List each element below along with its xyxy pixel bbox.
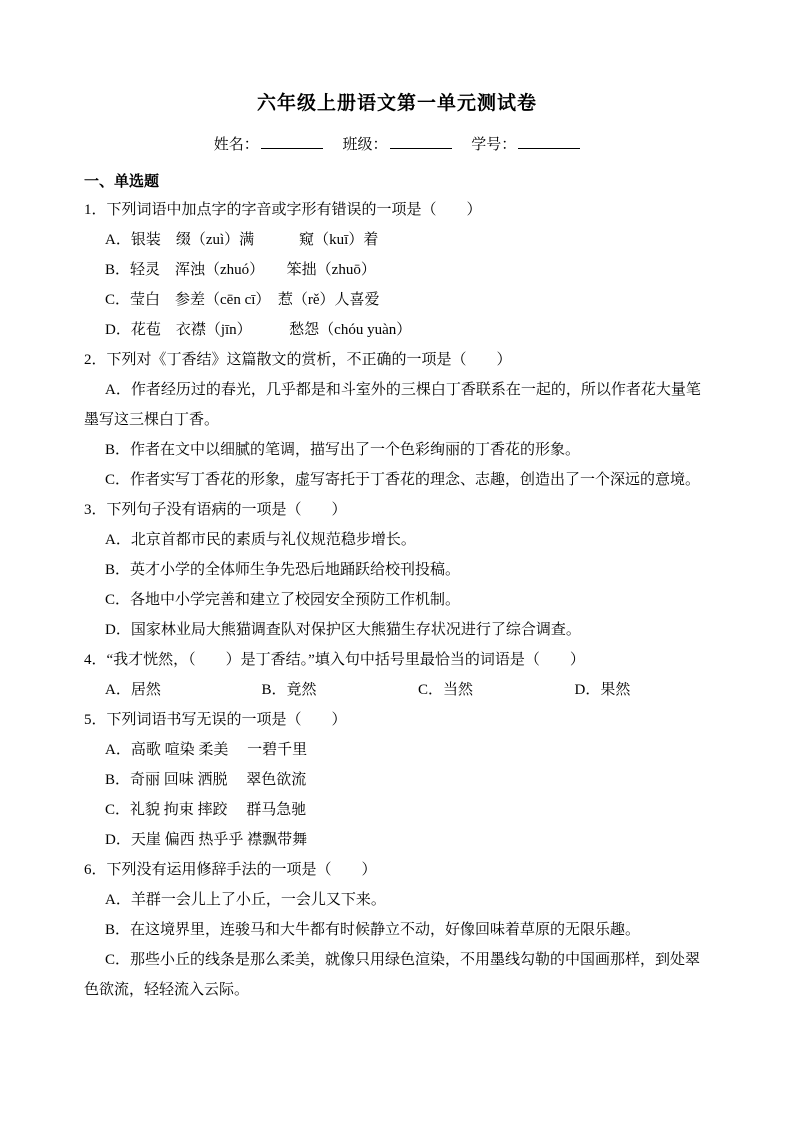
question-5-stem: 5．下列词语书写无误的一项是（ ） [84, 705, 710, 735]
question-1-stem: 1．下列词语中加点字的字音或字形有错误的一项是（ ） [84, 195, 710, 225]
question-1: 1．下列词语中加点字的字音或字形有错误的一项是（ ）A．银装 缀（zuì）满 窥… [84, 195, 710, 345]
question-6-option-c: C．那些小丘的线条是那么柔美，就像只用绿色渲染，不用墨线勾勒的中国画那样，到处翠… [84, 945, 710, 1005]
question-3-option-b: B．英才小学的全体师生争先恐后地踊跃给校刊投稿。 [84, 555, 710, 585]
question-2: 2．下列对《丁香结》这篇散文的赏析，不正确的一项是（ ）A．作者经历过的春光，几… [84, 345, 710, 495]
question-6-option-b: B．在这境界里，连骏马和大牛都有时候静立不动，好像回味着草原的无限乐趣。 [84, 915, 710, 945]
question-5-option-c: C．礼貌 拘束 摔跤 群马急驰 [84, 795, 710, 825]
name-field: 姓名： [214, 133, 323, 154]
question-1-option-c: C．莹白 参差（cēn cī） 惹（rě）人喜爱 [84, 285, 710, 315]
question-4-option-b: B．竟然 [241, 675, 398, 705]
question-6-option-a: A．羊群一会儿上了小丘，一会儿又下来。 [84, 885, 710, 915]
question-2-option-c: C．作者实写丁香花的形象，虚写寄托于丁香花的理念、志趣，创造出了一个深远的意境。 [84, 465, 710, 495]
class-blank-line [390, 133, 452, 149]
question-4-option-c: C．当然 [397, 675, 554, 705]
test-paper-page: 六年级上册语文第一单元测试卷 姓名： 班级： 学号： 一、单选题 1．下列词语中… [0, 0, 794, 1123]
question-3-option-d: D．国家林业局大熊猫调查队对保护区大熊猫生存状况进行了综合调查。 [84, 615, 710, 645]
student-info-line: 姓名： 班级： 学号： [84, 133, 710, 154]
question-6-stem: 6．下列没有运用修辞手法的一项是（ ） [84, 855, 710, 885]
question-3-options: A．北京首都市民的素质与礼仪规范稳步增长。B．英才小学的全体师生争先恐后地踊跃给… [84, 525, 710, 645]
question-3-stem: 3．下列句子没有语病的一项是（ ） [84, 495, 710, 525]
student-id-label: 学号： [471, 137, 516, 153]
question-5-options: A．高歌 喧染 柔美 一碧千里B．奇丽 回味 洒脱 翠色欲流C．礼貌 拘束 摔跤… [84, 735, 710, 855]
name-blank-line [261, 133, 323, 149]
questions-container: 1．下列词语中加点字的字音或字形有错误的一项是（ ）A．银装 缀（zuì）满 窥… [84, 195, 710, 1005]
question-4: 4．“我才恍然，（ ）是丁香结。”填入句中括号里最恰当的词语是（ ）A．居然B．… [84, 645, 710, 705]
question-2-option-b: B．作者在文中以细腻的笔调，描写出了一个色彩绚丽的丁香花的形象。 [84, 435, 710, 465]
question-4-option-d: D．果然 [554, 675, 711, 705]
question-2-option-a: A．作者经历过的春光，几乎都是和斗室外的三棵白丁香联系在一起的，所以作者花大量笔… [84, 375, 710, 435]
question-4-options: A．居然B．竟然C．当然D．果然 [84, 675, 710, 705]
class-label: 班级： [342, 137, 387, 153]
question-4-stem: 4．“我才恍然，（ ）是丁香结。”填入句中括号里最恰当的词语是（ ） [84, 645, 710, 675]
question-5-option-a: A．高歌 喧染 柔美 一碧千里 [84, 735, 710, 765]
question-2-options: A．作者经历过的春光，几乎都是和斗室外的三棵白丁香联系在一起的，所以作者花大量笔… [84, 375, 710, 495]
question-1-option-a: A．银装 缀（zuì）满 窥（kuī）着 [84, 225, 710, 255]
question-1-options: A．银装 缀（zuì）满 窥（kuī）着B．轻灵 浑浊（zhuó） 笨拙（zhu… [84, 225, 710, 345]
question-3-option-a: A．北京首都市民的素质与礼仪规范稳步增长。 [84, 525, 710, 555]
class-field: 班级： [342, 133, 451, 154]
question-4-option-a: A．居然 [84, 675, 241, 705]
student-id-field: 学号： [471, 133, 580, 154]
question-1-option-b: B．轻灵 浑浊（zhuó） 笨拙（zhuō） [84, 255, 710, 285]
question-1-option-d: D．花苞 衣襟（jīn） 愁怨（chóu yuàn） [84, 315, 710, 345]
question-2-stem: 2．下列对《丁香结》这篇散文的赏析，不正确的一项是（ ） [84, 345, 710, 375]
question-3-option-c: C．各地中小学完善和建立了校园安全预防工作机制。 [84, 585, 710, 615]
question-5-option-d: D．天崖 偏西 热乎乎 襟飘带舞 [84, 825, 710, 855]
page-title: 六年级上册语文第一单元测试卷 [84, 88, 710, 115]
question-6-options: A．羊群一会儿上了小丘，一会儿又下来。B．在这境界里，连骏马和大牛都有时候静立不… [84, 885, 710, 1005]
section-heading: 一、单选题 [84, 170, 710, 191]
student-id-blank-line [518, 133, 580, 149]
name-label: 姓名： [214, 137, 259, 153]
question-6: 6．下列没有运用修辞手法的一项是（ ）A．羊群一会儿上了小丘，一会儿又下来。B．… [84, 855, 710, 1005]
question-5: 5．下列词语书写无误的一项是（ ）A．高歌 喧染 柔美 一碧千里B．奇丽 回味 … [84, 705, 710, 855]
question-3: 3．下列句子没有语病的一项是（ ）A．北京首都市民的素质与礼仪规范稳步增长。B．… [84, 495, 710, 645]
question-5-option-b: B．奇丽 回味 洒脱 翠色欲流 [84, 765, 710, 795]
